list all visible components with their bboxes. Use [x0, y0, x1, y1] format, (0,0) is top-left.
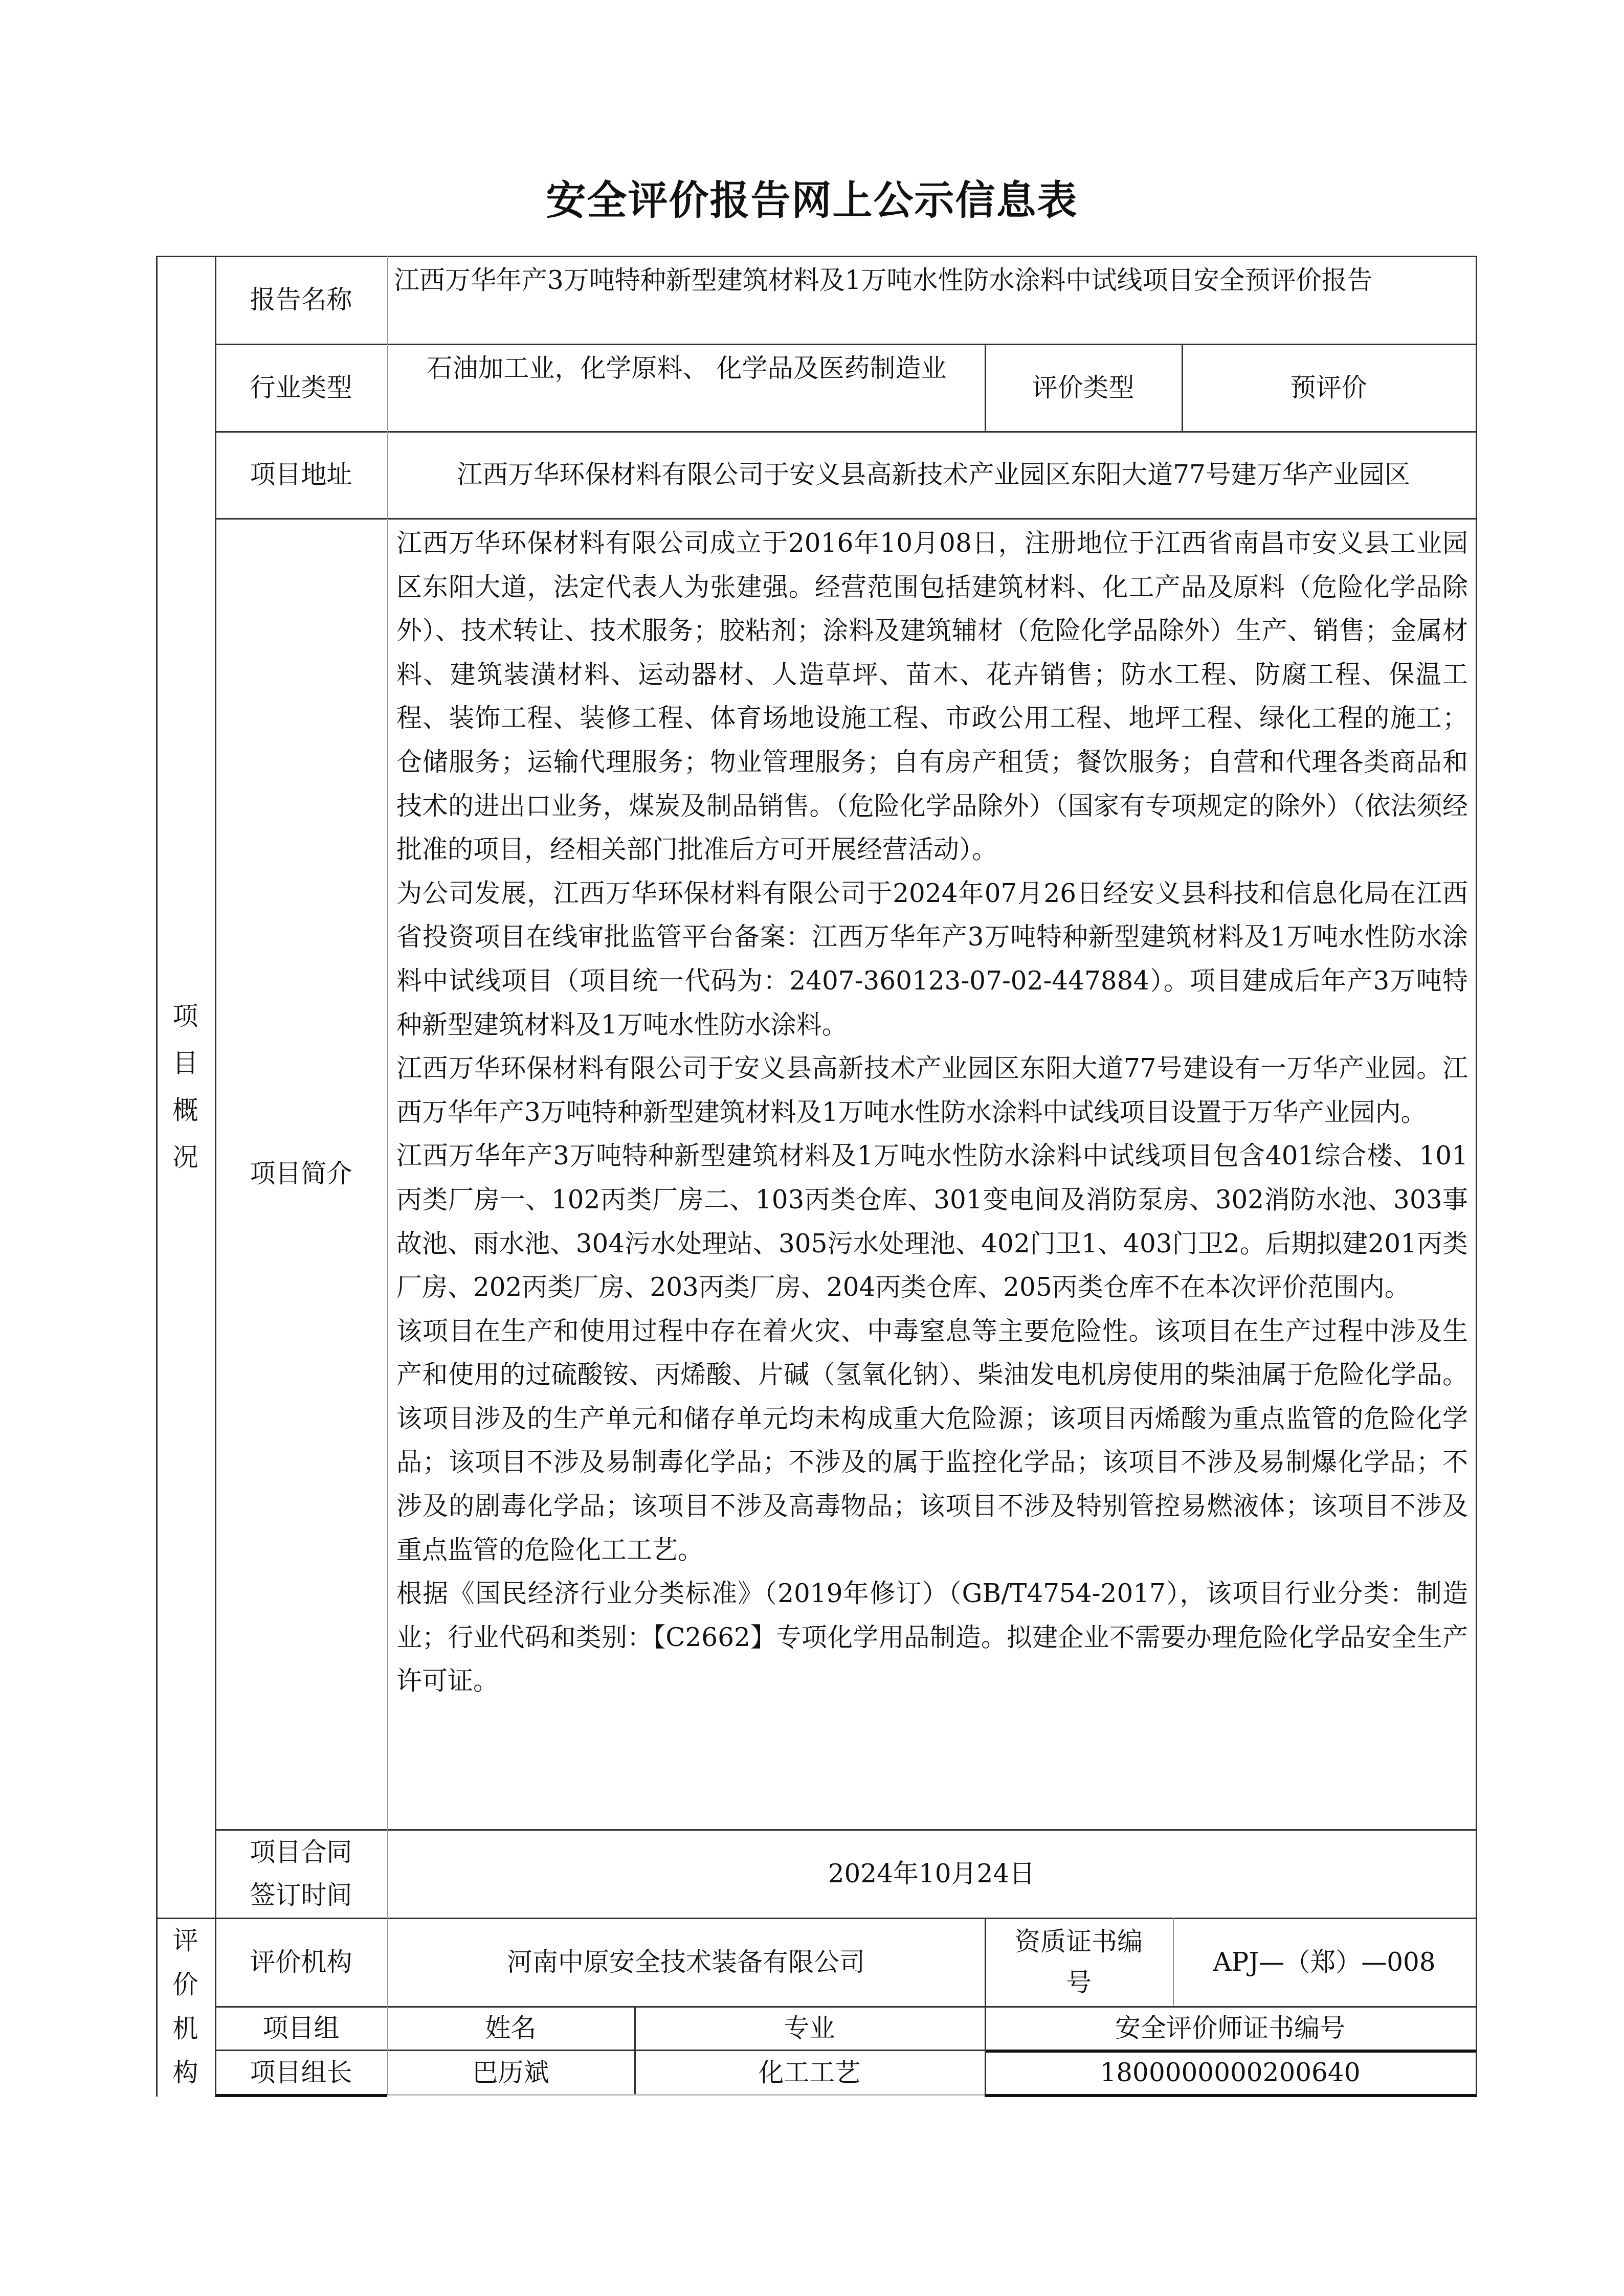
team-header-name: 姓名 — [387, 2006, 634, 2050]
cert-number-label: 资质证书编 号 — [985, 1918, 1173, 2006]
intro-paragraph: 江西万华年产3万吨特种新型建筑材料及1万吨水性防水涂料中试线项目包含401综合楼… — [396, 1134, 1468, 1309]
contract-date-value: 2024年10月24日 — [387, 1829, 1476, 1918]
project-intro-label: 项目简介 — [215, 518, 387, 1829]
table-bottom-border — [985, 2094, 1477, 2097]
intro-paragraph: 为公司发展，江西万华环保材料有限公司于2024年07月26日经安义县科技和信息化… — [396, 872, 1468, 1047]
intro-paragraph: 根据《国民经济行业分类标准》（2019年修订）（GB/T4754-2017），该… — [396, 1572, 1468, 1703]
project-address-value: 江西万华环保材料有限公司于安义县高新技术产业园区东阳大道77号建万华产业园区 — [404, 431, 1463, 518]
intro-paragraph: 该项目在生产和使用过程中存在着火灾、中毒窒息等主要危险性。该项目在生产过程中涉及… — [396, 1310, 1468, 1572]
table-bottom-border — [215, 2094, 387, 2097]
eval-type-value: 预评价 — [1182, 344, 1476, 431]
team-member-cert-no: 1800000000200640 — [985, 2051, 1476, 2094]
agency-label: 评价机构 — [215, 1918, 387, 2006]
team-member-role: 项目组长 — [215, 2051, 387, 2094]
report-name-label: 报告名称 — [215, 256, 387, 344]
section-label-project-overview: 项 目 概 况 — [156, 256, 215, 1918]
project-address-label: 项目地址 — [215, 431, 387, 518]
industry-type-value: 石油加工业，化学原料、 化学品及医药制造业 — [394, 344, 980, 431]
team-member-major: 化工工艺 — [634, 2051, 985, 2094]
section-label-evaluation-agency: 评 价 机 构 — [156, 1918, 215, 2096]
table-right-border — [1476, 256, 1477, 2096]
team-member-name: 巴历斌 — [387, 2051, 634, 2094]
document-title: 安全评价报告网上公示信息表 — [0, 169, 1624, 226]
project-intro-text: 江西万华环保材料有限公司成立于2016年10月08日，注册地位于江西省南昌市安义… — [396, 522, 1468, 1703]
cert-number-value: APJ—（郑）—008 — [1173, 1918, 1476, 2006]
team-header-major: 专业 — [634, 2006, 985, 2050]
team-header-cert-no: 安全评价师证书编号 — [985, 2006, 1476, 2050]
team-header-group: 项目组 — [215, 2006, 387, 2050]
col-divider — [387, 256, 388, 2096]
eval-type-label: 评价类型 — [985, 344, 1182, 431]
intro-paragraph: 江西万华环保材料有限公司于安义县高新技术产业园区东阳大道77号建设有一万华产业园… — [396, 1047, 1468, 1134]
row-divider — [215, 518, 1477, 520]
table-bottom-border — [387, 2094, 985, 2096]
contract-date-label: 项目合同 签订时间 — [215, 1829, 387, 1918]
industry-type-label: 行业类型 — [215, 344, 387, 431]
report-name-value: 江西万华年产3万吨特种新型建筑材料及1万吨水性防水涂料中试线项目安全预评价报告 — [394, 260, 1468, 301]
intro-paragraph: 江西万华环保材料有限公司成立于2016年10月08日，注册地位于江西省南昌市安义… — [396, 522, 1468, 872]
agency-value: 河南中原安全技术装备有限公司 — [387, 1918, 985, 2006]
